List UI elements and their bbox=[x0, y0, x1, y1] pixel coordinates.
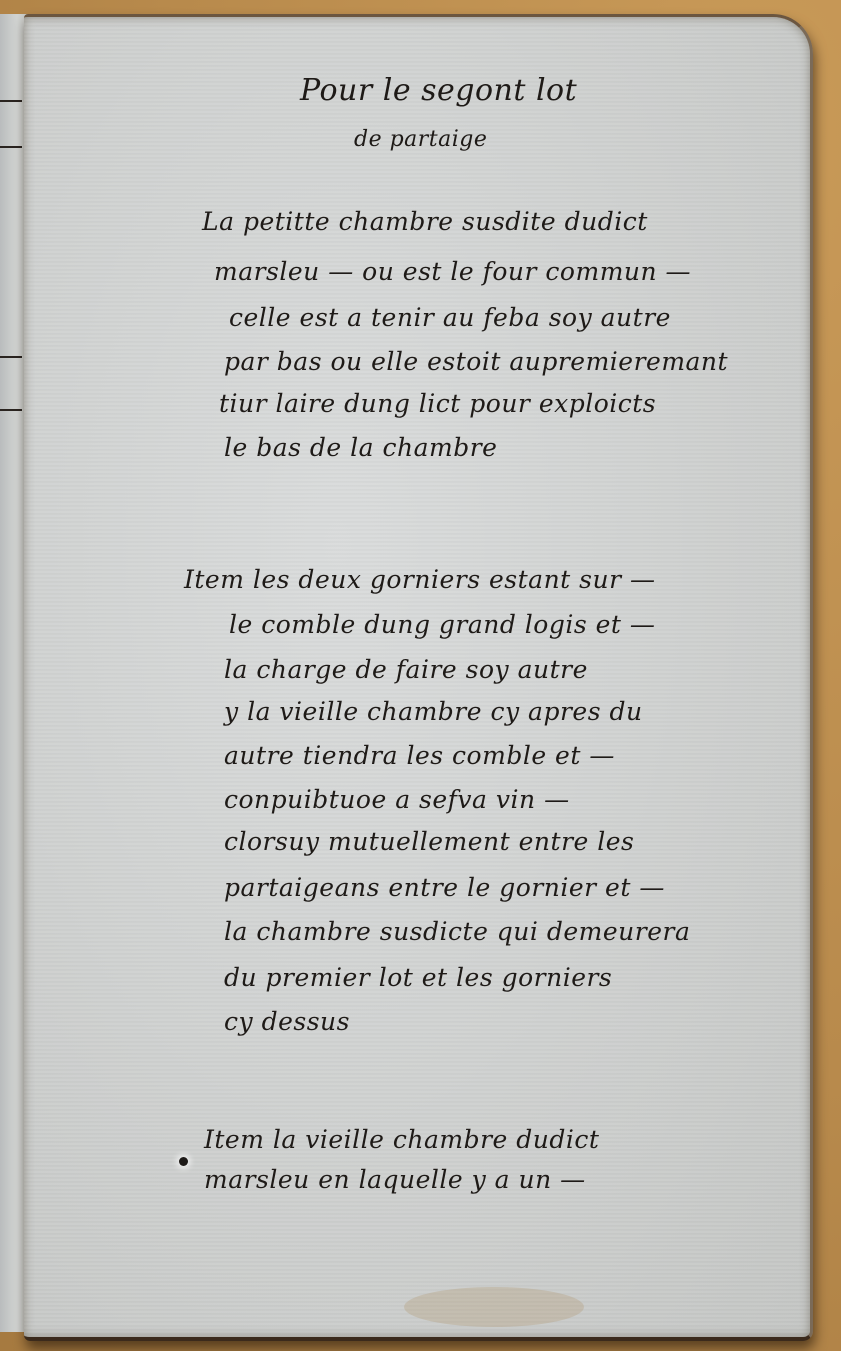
p1-line-4: par bas ou elle estoit aupremieremant bbox=[224, 347, 728, 376]
ink-mark bbox=[0, 100, 22, 102]
p2-line-7: clorsuy mutuellement entre les bbox=[224, 827, 634, 856]
p2-line-8: partaigeans entre le gornier et — bbox=[224, 873, 665, 902]
p2-line-1: Item les deux gorniers estant sur — bbox=[184, 565, 656, 594]
p2-line-4: y la vieille chambre cy apres du bbox=[224, 697, 643, 726]
ink-mark bbox=[0, 356, 22, 358]
p1-line-5: tiur laire dung lict pour exploicts bbox=[219, 389, 656, 418]
paper-stain bbox=[404, 1287, 584, 1327]
heading-line-2: de partaige bbox=[354, 127, 487, 152]
p2-line-6: conpuibtuoe a sefva vin — bbox=[224, 785, 570, 814]
manuscript-page: Pour le segont lot de partaige La petitt… bbox=[24, 14, 813, 1341]
p1-line-6: le bas de la chambre bbox=[224, 433, 497, 462]
ink-mark bbox=[0, 146, 22, 148]
p2-line-9: la chambre susdicte qui demeurera bbox=[224, 917, 690, 946]
paper-hole bbox=[179, 1157, 188, 1166]
p2-line-2: le comble dung grand logis et — bbox=[229, 610, 655, 639]
p2-line-10: du premier lot et les gorniers bbox=[224, 963, 612, 992]
p3-line-1: Item la vieille chambre dudict bbox=[204, 1125, 599, 1154]
p2-line-3: la charge de faire soy autre bbox=[224, 655, 588, 684]
p1-line-2: marsleu — ou est le four commun — bbox=[214, 257, 691, 286]
p1-line-1: La petitte chambre susdite dudict bbox=[202, 207, 648, 236]
p1-line-3: celle est a tenir au feba soy autre bbox=[229, 303, 671, 332]
heading-line-1: Pour le segont lot bbox=[300, 73, 577, 108]
p2-line-5: autre tiendra les comble et — bbox=[224, 741, 615, 770]
p2-line-11: cy dessus bbox=[224, 1007, 350, 1036]
ink-mark bbox=[0, 409, 22, 411]
p3-line-2: marsleu en laquelle y a un — bbox=[204, 1165, 586, 1194]
